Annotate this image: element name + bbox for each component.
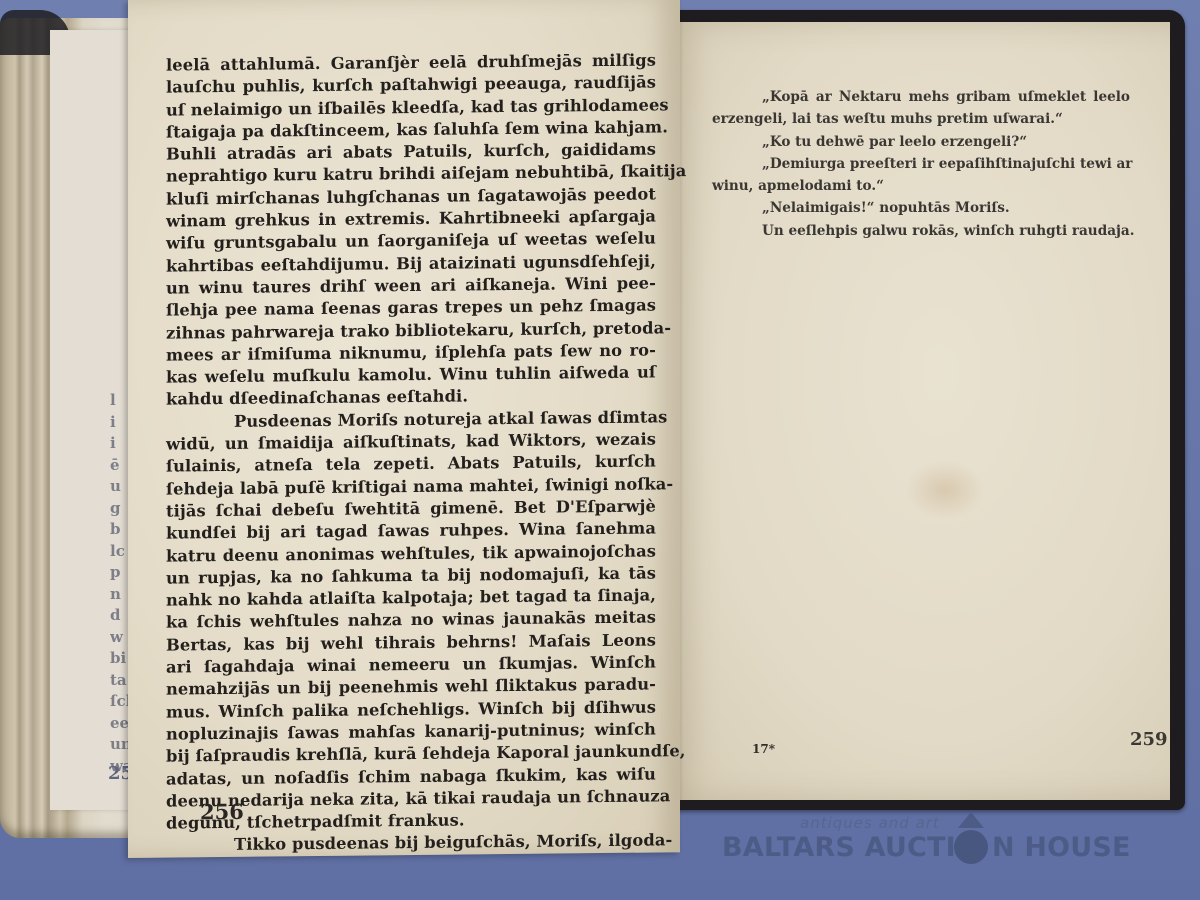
right-page-text: „Kopā ar Nektaru mehs gribam uſmeklet le… (712, 86, 1130, 242)
text-line: Tikko pusdeenas bij beiguſchās, Moriſs, … (166, 830, 656, 857)
auction-house-watermark: antiques and art BALTARS AUCTIN HOUSE (722, 812, 1122, 872)
signature-mark: 17* (752, 742, 775, 756)
watermark-tagline: antiques and art (800, 814, 940, 832)
right-page-number: 259 (1130, 729, 1168, 750)
watermark-name-part2: N HOUSE (992, 832, 1131, 863)
text-line: erzengeli, lai tas weſtu muhs pretim uſw… (712, 108, 1130, 130)
orb-logo-icon (954, 830, 988, 864)
crown-icon (958, 812, 984, 828)
watermark-name: BALTARS AUCTIN HOUSE (722, 832, 1131, 863)
left-page-number: 256 (200, 799, 244, 824)
text-line: Un eeſlehpis galwu rokās, winſch ruhgti … (712, 220, 1130, 242)
paper-stain (905, 460, 985, 520)
left-page-text: leelā attahlumā. Garanſjèr eelā druhſmej… (166, 49, 656, 857)
book-photo: l i i ē u g b lc p n d w bi ta ſch eej u… (0, 0, 1200, 900)
text-line: „Ko tu dehwē par leelo erzengeli?“ (712, 131, 1130, 153)
text-line: winu, apmelodami to.“ (712, 175, 1130, 197)
left-page: leelā attahlumā. Garanſjèr eelā druhſmej… (128, 0, 680, 858)
text-line: „Kopā ar Nektaru mehs gribam uſmeklet le… (712, 86, 1130, 108)
watermark-name-part1: BALTARS AUCTI (722, 832, 956, 863)
text-line: „Nelaimigais!“ nopuhtās Moriſs. (712, 197, 1130, 219)
text-line: „Demiurga preeſteri ir eepaſihſtinajuſch… (712, 153, 1130, 175)
